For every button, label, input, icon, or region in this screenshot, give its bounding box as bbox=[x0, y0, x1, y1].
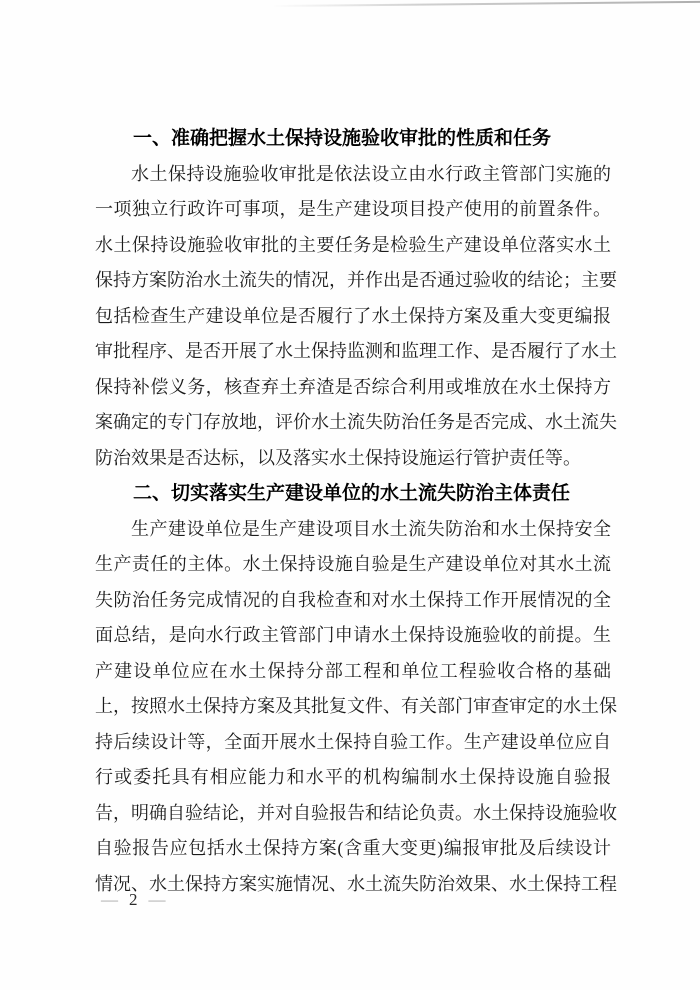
text-line: 自验报告应包括水土保持方案(含重大变更)编报审批及后续设计 bbox=[95, 831, 611, 867]
page-number: 2 bbox=[129, 890, 138, 910]
text-line: 一项独立行政许可事项，是生产建设项目投产使用的前置条件。 bbox=[95, 192, 611, 228]
text-line: 面总结，是向水行政主管部门申请水土保持设施验收的前提。生 bbox=[95, 618, 611, 654]
section-heading: 一、准确把握水土保持设施验收审批的性质和任务 bbox=[95, 121, 611, 157]
text-line: 生产建设单位是生产建设项目水土流失防治和水土保持安全 bbox=[95, 512, 611, 548]
text-line: 产建设单位应在水土保持分部工程和单位工程验收合格的基础 bbox=[95, 654, 611, 690]
text-line: 审批程序、是否开展了水土保持监测和监理工作、是否履行了水土 bbox=[95, 334, 611, 370]
document-text-block: 一、准确把握水土保持设施验收审批的性质和任务水土保持设施验收审批是依法设立由水行… bbox=[95, 121, 611, 902]
text-line: 案确定的专门存放地，评价水土流失防治任务是否完成、水土流失 bbox=[95, 405, 611, 441]
text-line: 上，按照水土保持方案及其批复文件、有关部门审查审定的水土保 bbox=[95, 689, 611, 725]
text-line: 告，明确自验结论，并对自验报告和结论负责。水土保持设施验收 bbox=[95, 796, 611, 832]
text-line: 情况、水土保持方案实施情况、水土流失防治效果、水土保持工程 bbox=[95, 867, 611, 903]
text-line: 保持补偿义务，核查弃土弃渣是否综合利用或堆放在水土保持方 bbox=[95, 370, 611, 406]
text-line: 生产责任的主体。水土保持设施自验是生产建设单位对其水土流 bbox=[95, 547, 611, 583]
text-line: 包括检查生产建设单位是否履行了水土保持方案及重大变更编报 bbox=[95, 299, 611, 335]
scan-edge-artifact bbox=[272, 1, 700, 7]
footer-dash-right: — bbox=[149, 890, 166, 910]
page-footer: — 2 — bbox=[101, 890, 166, 910]
text-line: 水土保持设施验收审批的主要任务是检验生产建设单位落实水土 bbox=[95, 228, 611, 264]
document-page: 一、准确把握水土保持设施验收审批的性质和任务水土保持设施验收审批是依法设立由水行… bbox=[0, 0, 700, 990]
section-heading: 二、切实落实生产建设单位的水土流失防治主体责任 bbox=[95, 476, 611, 512]
text-line: 持后续设计等，全面开展水土保持自验工作。生产建设单位应自 bbox=[95, 725, 611, 761]
footer-dash-left: — bbox=[101, 890, 118, 910]
text-line: 防治效果是否达标，以及落实水土保持设施运行管护责任等。 bbox=[95, 441, 611, 477]
text-line: 行或委托具有相应能力和水平的机构编制水土保持设施自验报 bbox=[95, 760, 611, 796]
text-line: 水土保持设施验收审批是依法设立由水行政主管部门实施的 bbox=[95, 157, 611, 193]
text-line: 失防治任务完成情况的自我检查和对水土保持工作开展情况的全 bbox=[95, 583, 611, 619]
text-line: 保持方案防治水土流失的情况，并作出是否通过验收的结论；主要 bbox=[95, 263, 611, 299]
